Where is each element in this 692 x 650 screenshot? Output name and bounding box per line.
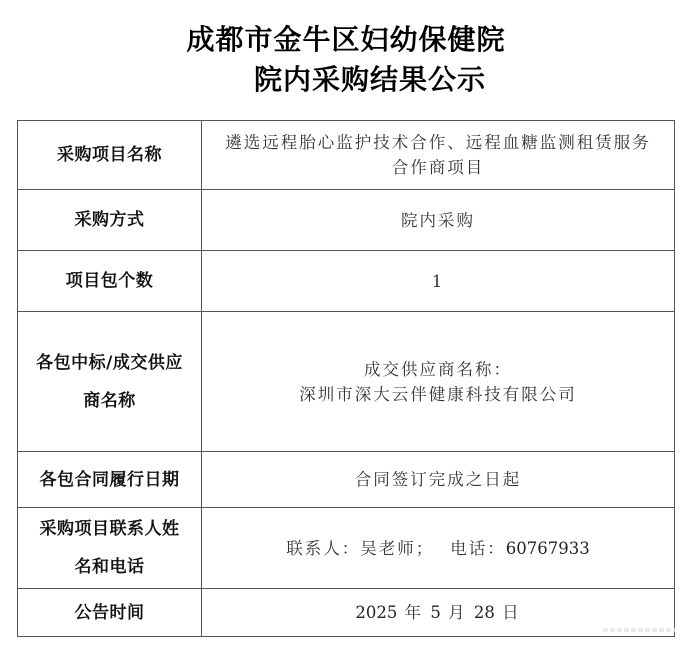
table-row-procurement-method: 采购方式 院内采购 [18,190,675,251]
value-contract-period: 合同签订完成之日起 [202,452,675,508]
project-name-line-1: 遴选远程胎心监护技术合作、远程血糖监测租赁服务 [202,130,674,155]
contact-phone-label: 电话： [450,539,506,558]
label-project-name: 采购项目名称 [18,121,202,190]
faded-watermark [603,628,675,632]
supplier-label-line-1: 各包中标/成交供应 [18,344,201,382]
date-day-unit: 日 [502,603,521,622]
contact-phone: 60767933 [506,539,590,558]
supplier-label-line-2: 商名称 [18,382,201,420]
date-month: 5 [430,603,441,622]
supplier-name: 深圳市深大云伴健康科技有限公司 [202,382,674,407]
value-project-name: 遴选远程胎心监护技术合作、远程血糖监测租赁服务 合作商项目 [202,121,675,190]
value-procurement-method: 院内采购 [202,190,675,251]
date-day: 28 [474,603,495,622]
value-supplier: 成交供应商名称： 深圳市深大云伴健康科技有限公司 [202,312,675,452]
date-year: 2025 [355,603,397,622]
project-name-line-2: 合作商项目 [202,155,674,180]
contact-label-line-2: 名和电话 [18,548,201,586]
table-row-package-count: 项目包个数 1 [18,251,675,312]
table-row-announcement-date: 公告时间 2025 年 5 月 28 日 [18,589,675,637]
contact-person-label: 联系人： [286,539,360,558]
date-month-unit: 月 [448,603,467,622]
value-contact: 联系人：吴老师；电话：60767933 [202,508,675,589]
date-year-unit: 年 [405,603,424,622]
table-row-supplier: 各包中标/成交供应 商名称 成交供应商名称： 深圳市深大云伴健康科技有限公司 [18,312,675,452]
procurement-result-table: 采购项目名称 遴选远程胎心监护技术合作、远程血糖监测租赁服务 合作商项目 采购方… [17,120,675,637]
label-procurement-method: 采购方式 [18,190,202,251]
contact-person: 吴老师； [360,539,434,558]
label-announcement-date: 公告时间 [18,589,202,637]
label-contract-period: 各包合同履行日期 [18,452,202,508]
document-title-line-1: 成都市金牛区妇幼保健院 [0,23,692,57]
document-title-line-2: 院内采购结果公示 [24,63,692,97]
table-row-contact: 采购项目联系人姓 名和电话 联系人：吴老师；电话：60767933 [18,508,675,589]
label-package-count: 项目包个数 [18,251,202,312]
value-package-count: 1 [202,251,675,312]
table-row-project-name: 采购项目名称 遴选远程胎心监护技术合作、远程血糖监测租赁服务 合作商项目 [18,121,675,190]
label-supplier: 各包中标/成交供应 商名称 [18,312,202,452]
label-contact: 采购项目联系人姓 名和电话 [18,508,202,589]
table-row-contract-period: 各包合同履行日期 合同签订完成之日起 [18,452,675,508]
supplier-caption: 成交供应商名称： [202,357,674,382]
contact-label-line-1: 采购项目联系人姓 [18,510,201,548]
